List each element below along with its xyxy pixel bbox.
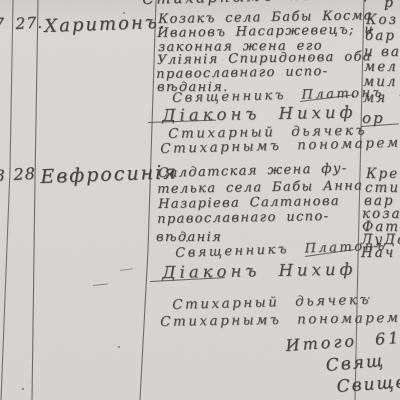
godparents-fragment: Коз [366, 12, 398, 28]
godparents-fragment: и ва [364, 44, 400, 60]
ink-speckle [118, 346, 120, 348]
godparents-fragment: мел [364, 59, 398, 75]
ink-speckle [352, 95, 354, 98]
parents-text-line: православнаго испо- [157, 209, 330, 227]
ink-speckle [368, 297, 370, 299]
parents-text-line: вѣданiя [156, 230, 222, 245]
column-rule-name [140, 0, 156, 400]
ink-speckle [310, 57, 312, 59]
margin-digit-cutoff: 3 [0, 167, 6, 185]
godparents-fragment: бар [365, 28, 396, 44]
record-number: 28 [13, 164, 36, 184]
godparents-fragment: мя [363, 90, 387, 106]
column-rule-number [32, 0, 38, 400]
column-rule-margin [1, 0, 13, 400]
metric-book-scan: Стихарнымъ пономаремъ р 7 27. Харитонъ. … [0, 0, 400, 400]
godparents-fragment: Нач [361, 245, 395, 261]
margin-digit-cutoff: 7 [0, 15, 5, 33]
ink-speckle [386, 8, 388, 10]
ink-speckle [123, 12, 125, 14]
priest-signature: Свище [336, 372, 400, 397]
record-number: 27. [15, 14, 44, 33]
child-name: Харитонъ. [44, 12, 167, 37]
ink-speckle [22, 388, 24, 390]
godparents-fragment: мил [363, 74, 397, 90]
ink-speckle [186, 240, 188, 242]
